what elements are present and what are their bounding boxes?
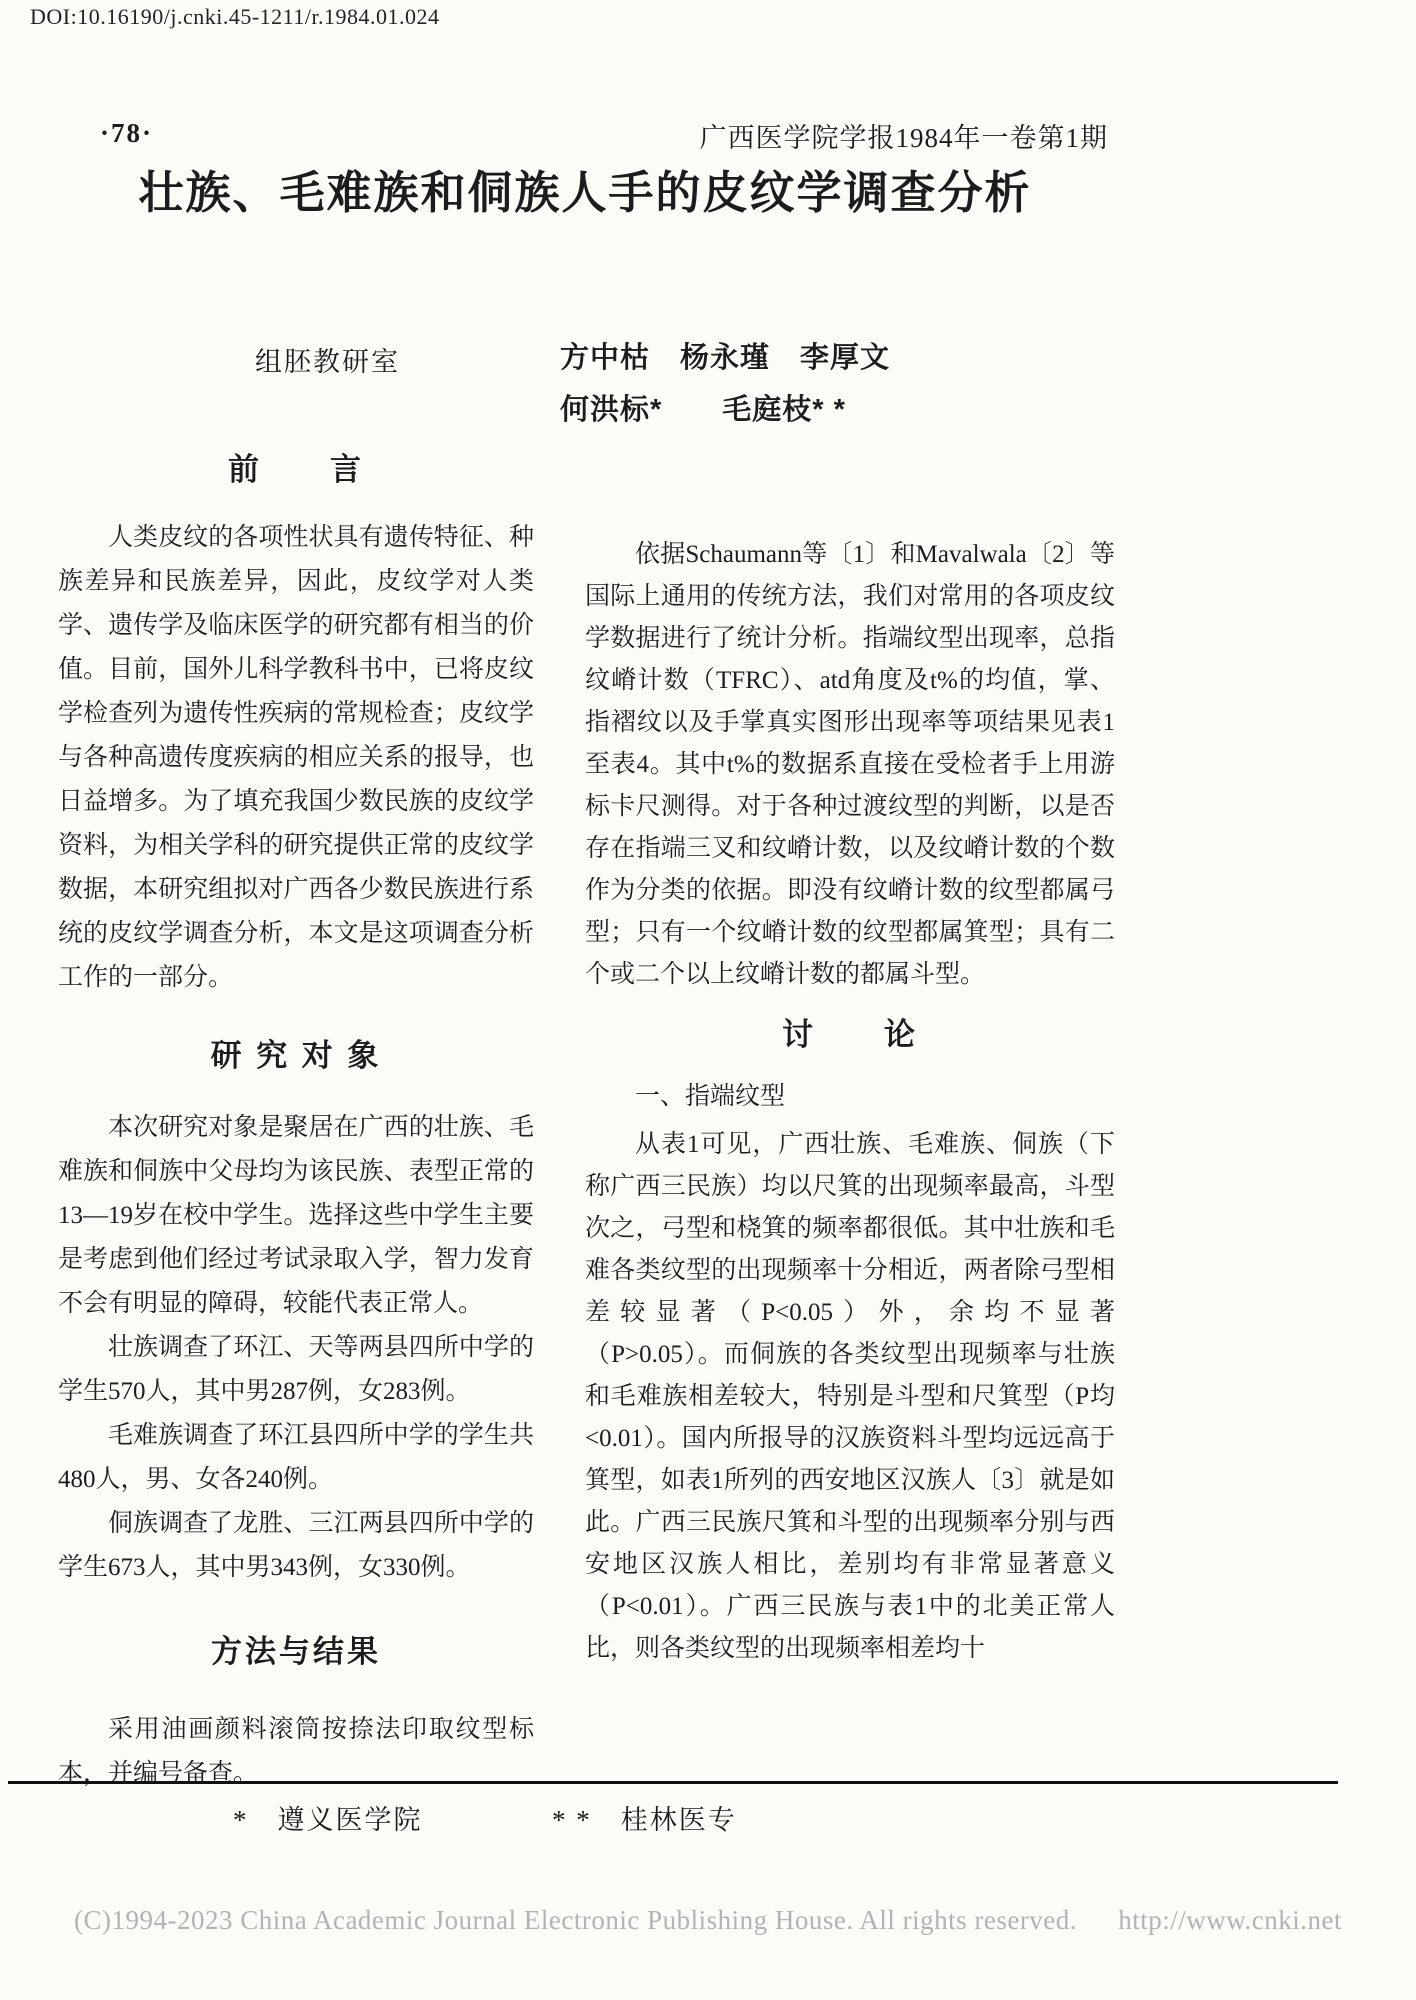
journal-issue-info: 广西医学院学报1984年一卷第1期: [700, 116, 1109, 155]
section-heading-subjects: 研 究 对 象: [58, 1034, 534, 1078]
subjects-paragraph-2: 壮族调查了环江、天等两县四所中学的学生570人，其中男287例，女283例。: [58, 1326, 534, 1414]
authors-line-1: 方中枯 杨永瑾 李厚文: [560, 332, 890, 384]
section-heading-preface: 前 言: [58, 448, 534, 492]
author-affiliation: 组胚教研室: [255, 340, 400, 379]
column-top-spacer: [585, 442, 1115, 534]
methods-paragraph-2: 依据Schaumann等〔1〕和Mavalwala〔2〕等国际上通用的传统方法，…: [585, 534, 1115, 996]
footnote-divider-rule: [8, 1781, 1338, 1784]
footnote-guilin: * * 桂林医专: [552, 1798, 737, 1837]
section-heading-discussion: 讨 论: [585, 1014, 1115, 1056]
left-column: 前 言 人类皮纹的各项性状具有遗传特征、种族差异和民族差异，因此，皮纹学对人类学…: [58, 442, 534, 1796]
preface-paragraph: 人类皮纹的各项性状具有遗传特征、种族差异和民族差异，因此，皮纹学对人类学、遗传学…: [58, 516, 534, 1000]
discussion-paragraph-1: 从表1可见，广西壮族、毛难族、侗族（下称广西三民族）均以尺箕的出现频率最高，斗型…: [585, 1124, 1115, 1670]
authors-line-2: 何洪标* 毛庭枝* *: [560, 384, 890, 436]
doi-line: DOI:10.16190/j.cnki.45-1211/r.1984.01.02…: [30, 4, 440, 30]
discussion-subheading: 一、指端纹型: [585, 1076, 1115, 1118]
author-block: 方中枯 杨永瑾 李厚文 何洪标* 毛庭枝* *: [560, 332, 890, 436]
footnote-zunyi: * 遵义医学院: [233, 1798, 423, 1837]
page-number: ·78·: [100, 118, 153, 149]
cnki-url: http://www.cnki.net: [1118, 1905, 1342, 1935]
right-column: 依据Schaumann等〔1〕和Mavalwala〔2〕等国际上通用的传统方法，…: [585, 442, 1115, 1670]
scanned-journal-page: DOI:10.16190/j.cnki.45-1211/r.1984.01.02…: [0, 0, 1416, 2000]
copyright-text: (C)1994-2023 China Academic Journal Elec…: [74, 1905, 1077, 1935]
subjects-paragraph-3: 毛难族调查了环江县四所中学的学生共480人，男、女各240例。: [58, 1414, 534, 1502]
article-title: 壮族、毛难族和侗族人手的皮纹学调查分析: [55, 156, 1115, 221]
section-heading-methods: 方法与结果: [58, 1630, 534, 1674]
subjects-paragraph-1: 本次研究对象是聚居在广西的壮族、毛难族和侗族中父母均为该民族、表型正常的13—1…: [58, 1106, 534, 1326]
cnki-copyright-line: (C)1994-2023 China Academic Journal Elec…: [0, 1905, 1416, 1936]
subjects-paragraph-4: 侗族调查了龙胜、三江两县四所中学的学生673人，其中男343例，女330例。: [58, 1502, 534, 1590]
